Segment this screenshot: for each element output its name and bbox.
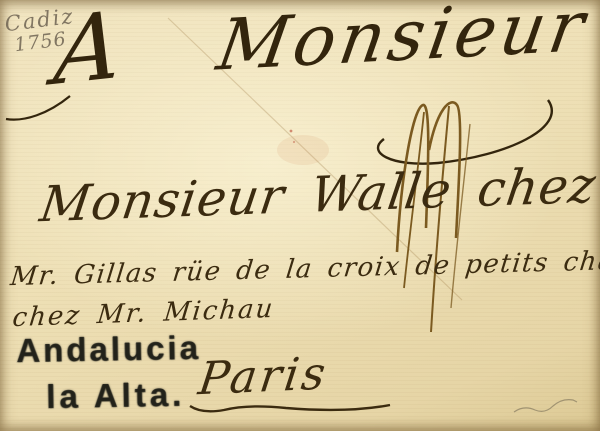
address-recipient-line: Monsieur Walle chez [37,161,599,230]
postmark-line2: la Alta. [46,378,186,413]
address-salutation-a: A [51,0,124,99]
pencil-scribble [514,400,577,412]
letter-photo: Cadiz 1756 A Monsieur Monsieur Walle che… [0,0,600,431]
address-care-of-line: chez Mr. Michau [11,296,275,331]
postmark-line1: Andalucia [16,331,201,367]
address-salutation-monsieur: Monsieur [213,0,593,81]
ink-smudge [277,130,329,165]
destination-city: Paris [196,350,331,401]
address-street-line: Mr. Gillas rüe de la croix de petits cha… [9,247,600,290]
paris-underline [190,405,390,411]
monsieur-flourish [378,100,552,164]
